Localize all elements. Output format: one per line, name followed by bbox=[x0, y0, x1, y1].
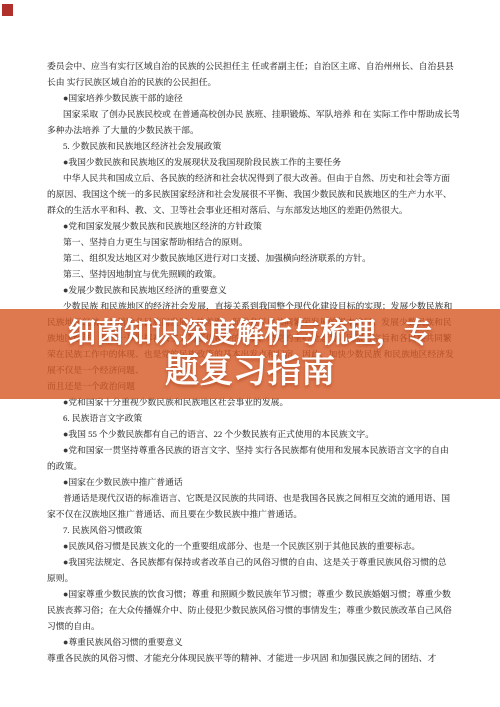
document-line: 长由 实行民族区域自治的民族的公民担任。 bbox=[47, 74, 459, 90]
document-line: ●国家尊重少数民族的饮食习惯；尊重 和照顾少数民族年节习惯；尊重少 数民族婚姻习… bbox=[47, 586, 459, 602]
document-line: ●民族风俗习惯是民族文化的一个重要组成部分、也是一个民族区别于其他民族的重要标志… bbox=[47, 538, 459, 554]
document-line: ●尊重民族风俗习惯的重要意义 bbox=[47, 634, 459, 650]
title-banner: 细菌知识深度解析与梳理，专 题复习指南 bbox=[0, 309, 500, 399]
document-line: ●我国少数民族和民族地区的发展现状及我国现阶段民族工作的主要任务 bbox=[47, 154, 459, 170]
document-line: ●党和国家发展少数民族和民族地区经济的方针政策 bbox=[47, 218, 459, 234]
banner-title-line-2: 题复习指南 bbox=[0, 351, 500, 391]
document-line: ●我国宪法规定、各民族都有保持或者改革自己的风俗习惯的自由、这是关于尊重民族风俗… bbox=[47, 554, 459, 570]
document-line: 的政策。 bbox=[47, 458, 459, 474]
document-line: 5. 少数民族和民族地区经济社会发展政策 bbox=[47, 138, 459, 154]
document-line: 7. 民族风俗习惯政策 bbox=[47, 522, 459, 538]
document-line: 多种办法培养 了大量的少数民族干部。 bbox=[47, 122, 459, 138]
document-line: 群众的生活水平和科、教、文、卫等社会事业还相对落后、与东部发达地区的差距仍然很大… bbox=[47, 202, 459, 218]
document-line: ●我国 55 个少数民族都有自己的语言、22 个少数民族有正式使用的本民族文字。 bbox=[47, 426, 459, 442]
corner-marker-square bbox=[2, 4, 13, 16]
document-line: ●国家在少数民族中推广普通话 bbox=[47, 474, 459, 490]
document-line: ●发展少数民族和民族地区经济的重要意义 bbox=[47, 282, 459, 298]
document-line: 家不仅在汉族地区推广普通话、而且要在少数民族中推广普通话。 bbox=[47, 506, 459, 522]
document-line: 国家采取 了创办民族民校或 在普通高校创办民 族班、挂职锻炼、军队培养 和在 实… bbox=[47, 106, 459, 122]
document-line: 普通话是现代汉语的标准语言、它既是汉民族的共同语、也是我国各民族之间相互交流的通… bbox=[47, 490, 459, 506]
document-page: 委员会中、应当有实行区域自治的民族的公民担任主 任或者副主任；自治区主席、自治州… bbox=[0, 0, 500, 707]
document-line: 第三、坚持因地制宜与优先照顾的政策。 bbox=[47, 266, 459, 282]
document-line: 民族丧葬习俗；在大众传播媒介中、防止侵犯少数民族风俗习惯的事情发生；尊重少数民族… bbox=[47, 602, 459, 618]
document-line: 尊重各民族的风俗习惯、才能充分体现民族平等的精神、才能进一步巩固 和加强民族之间… bbox=[47, 650, 459, 666]
banner-title-line-1: 细菌知识深度解析与梳理，专 bbox=[0, 314, 500, 351]
document-line: 委员会中、应当有实行区域自治的民族的公民担任主 任或者副主任；自治区主席、自治州… bbox=[47, 58, 459, 74]
document-line: 第二、组织发达地区对少数民族地区进行对口支援、加强横向经济联系的方针。 bbox=[47, 250, 459, 266]
document-line: 6. 民族语言文字政策 bbox=[47, 410, 459, 426]
document-line: 原则。 bbox=[47, 570, 459, 586]
document-line: 中华人民共和国成立后、各民族的经济和社会状况得到了很大改善。但由于自然、历史和社… bbox=[47, 170, 459, 186]
document-line: 的原因、我国这个统一的多民族国家经济和社会发展很不平衡、我国少数民族和民族地区的… bbox=[47, 186, 459, 202]
document-line: ●党和国家一贯坚持尊重各民族的语言文字、坚持 实行各民族都有使用和发展本民族语言… bbox=[47, 442, 459, 458]
document-line: 第一、坚持自力更生与国家帮助相结合的原则。 bbox=[47, 234, 459, 250]
document-line: ●国家培养少数民族干部的途径 bbox=[47, 90, 459, 106]
document-line: 习惯的自由。 bbox=[47, 618, 459, 634]
